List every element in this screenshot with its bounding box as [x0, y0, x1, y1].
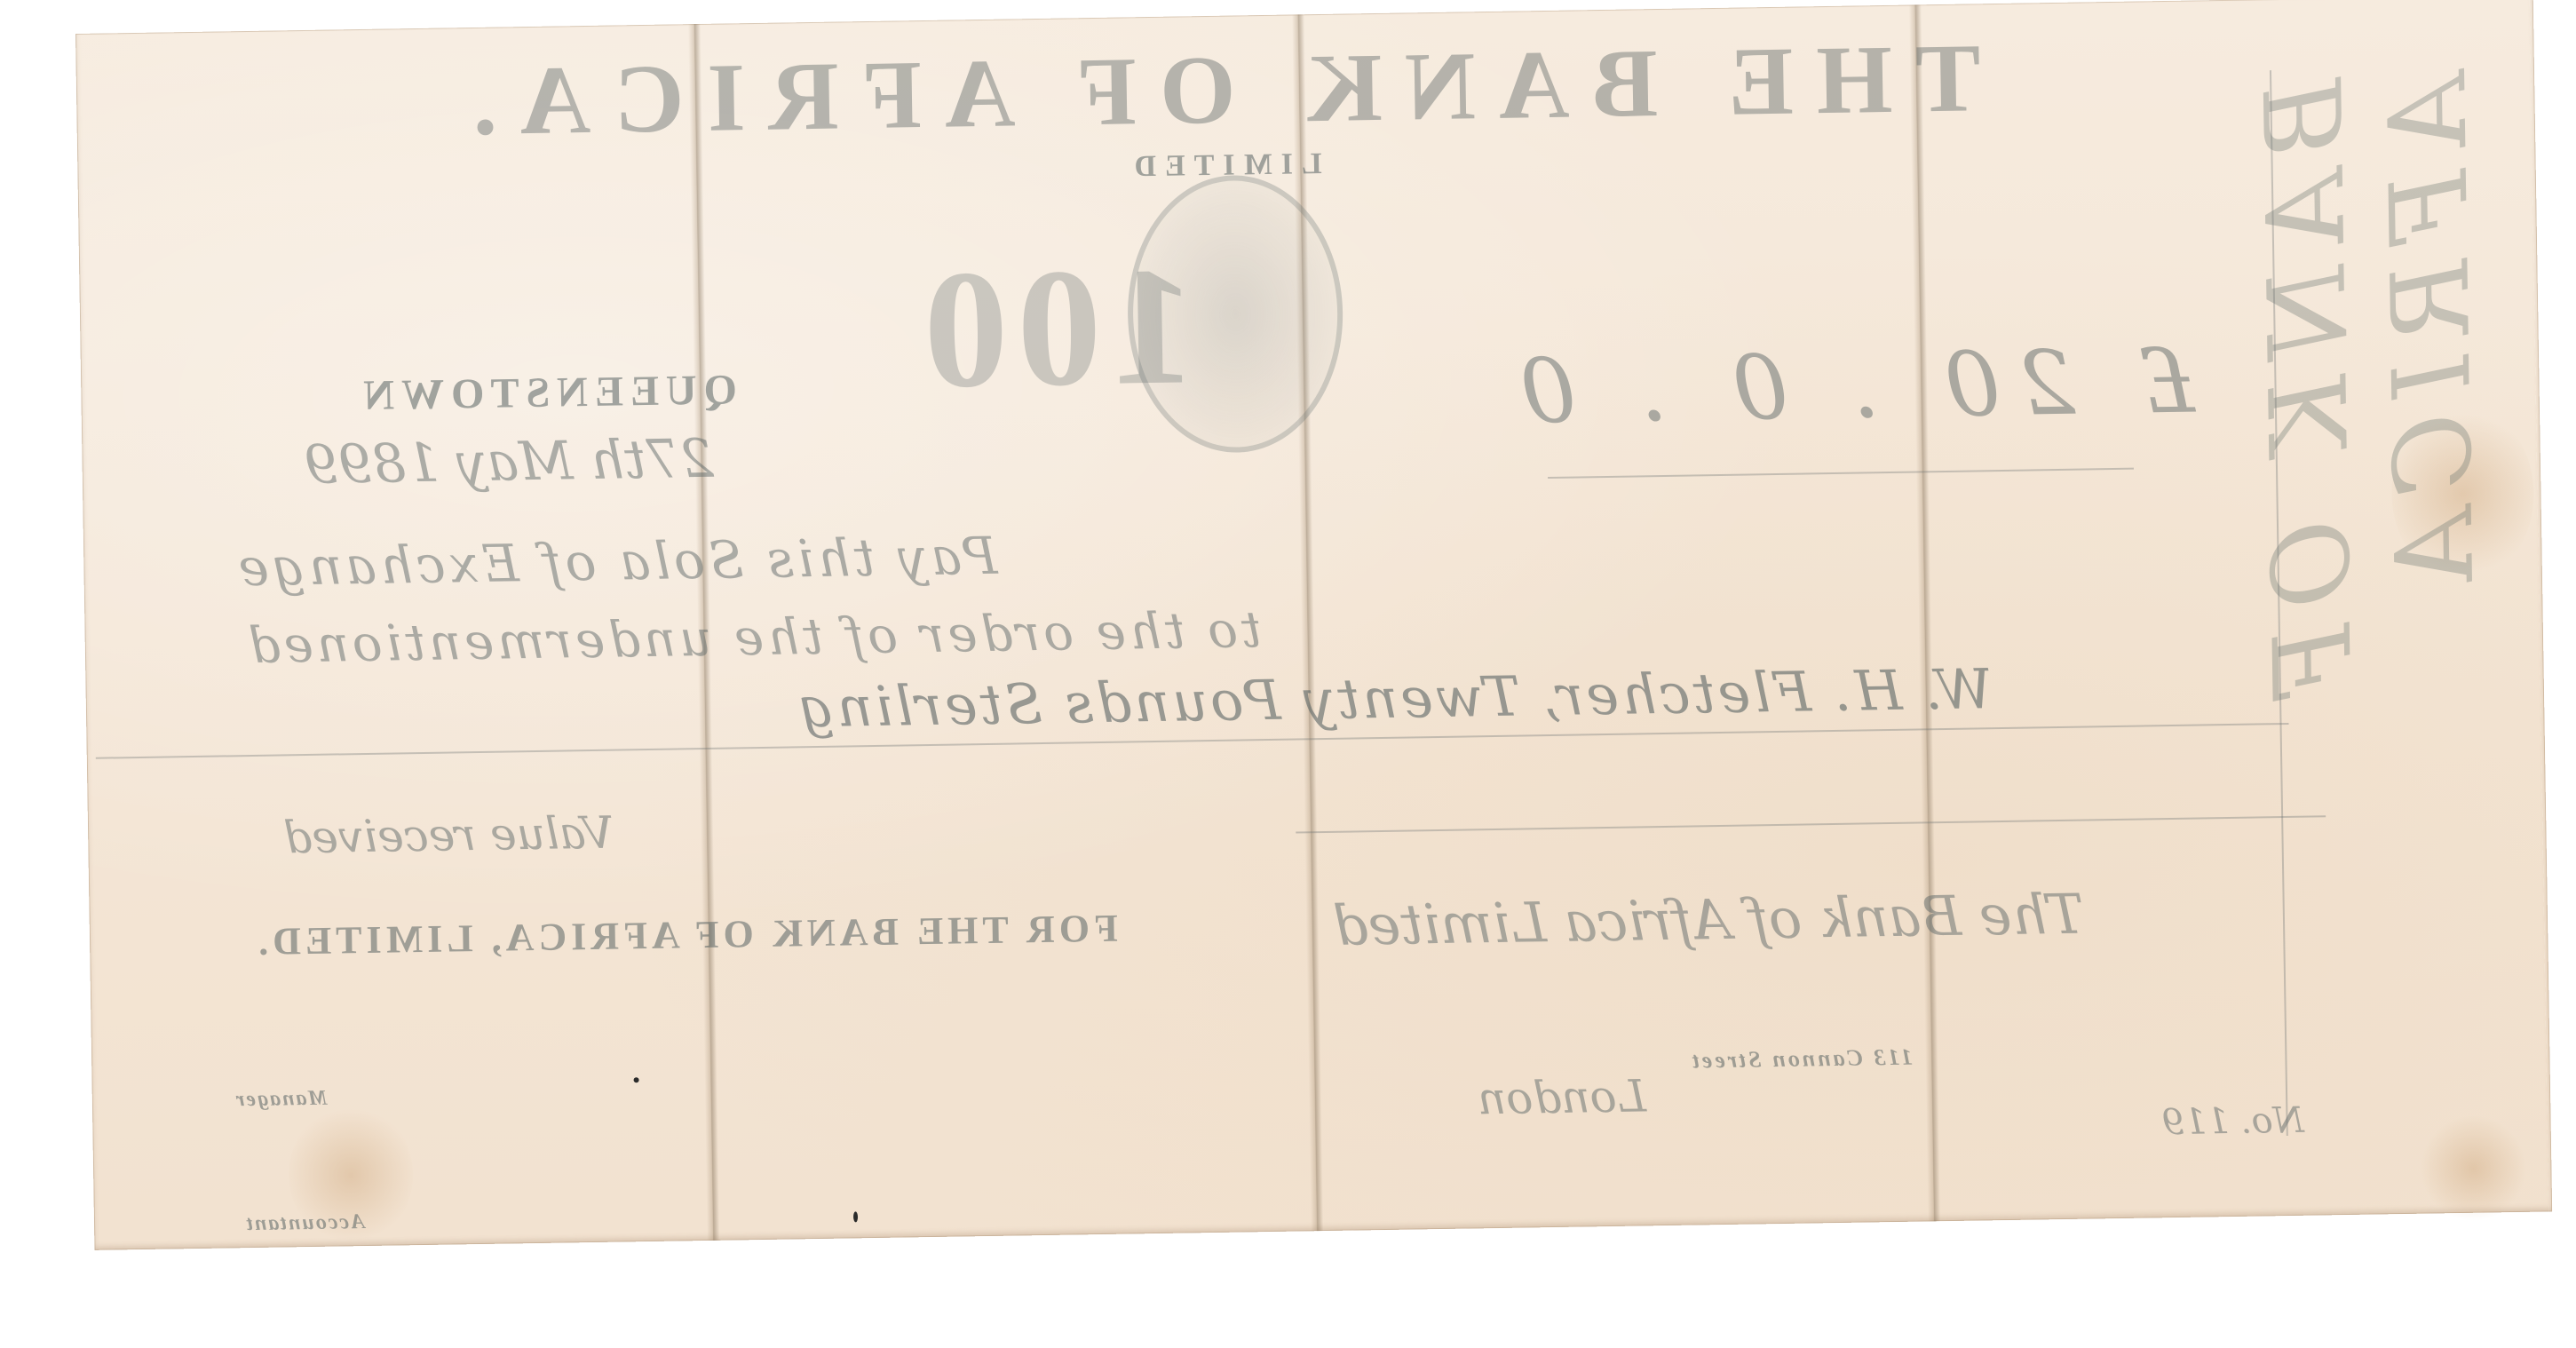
amount-numeral: 100: [914, 229, 1196, 427]
date-handwritten: 27th May 1899: [304, 428, 714, 496]
accountant-label: Accountant: [245, 1210, 365, 1236]
ink-speck: [853, 1211, 858, 1222]
fold-line: [1292, 14, 1324, 1231]
side-ornament-text: BANK OF AFRICA: [2243, 75, 2507, 1145]
cheque-paper: THE BANK OF AFRICA. LIMITED 100 QUEENSTO…: [75, 0, 2552, 1250]
header-bank-name: THE BANK OF AFRICA.: [448, 21, 1981, 158]
amount-rule: [1548, 468, 2134, 479]
body-line-1: Pay this Sola of Exchange: [234, 526, 998, 598]
perforated-edge: [2530, 0, 2558, 1211]
drawee-address: 113 Cannon Street: [1690, 1044, 1913, 1074]
payee-handwritten: W. H. Fletcher, Twenty Pounds Sterling: [796, 656, 1993, 740]
drawee-name: The Bank of Africa Limited: [1332, 882, 2084, 958]
drawee-city: London: [1478, 1070, 1647, 1124]
branch-city: QUEENSTOWN: [356, 365, 737, 420]
fold-line: [1909, 4, 1941, 1221]
value-received: Value received: [283, 807, 614, 864]
manager-label: Manager: [234, 1087, 328, 1113]
body-rule-2: [1296, 815, 2326, 833]
amount-figure: £ 20 . 0 . 0: [1502, 329, 2196, 444]
body-line-2: to the order of the undermentioned: [244, 601, 1262, 675]
ink-speck: [634, 1077, 639, 1082]
drawer-label: FOR THE BANK OF AFRICA, LIMITED.: [254, 906, 1119, 964]
